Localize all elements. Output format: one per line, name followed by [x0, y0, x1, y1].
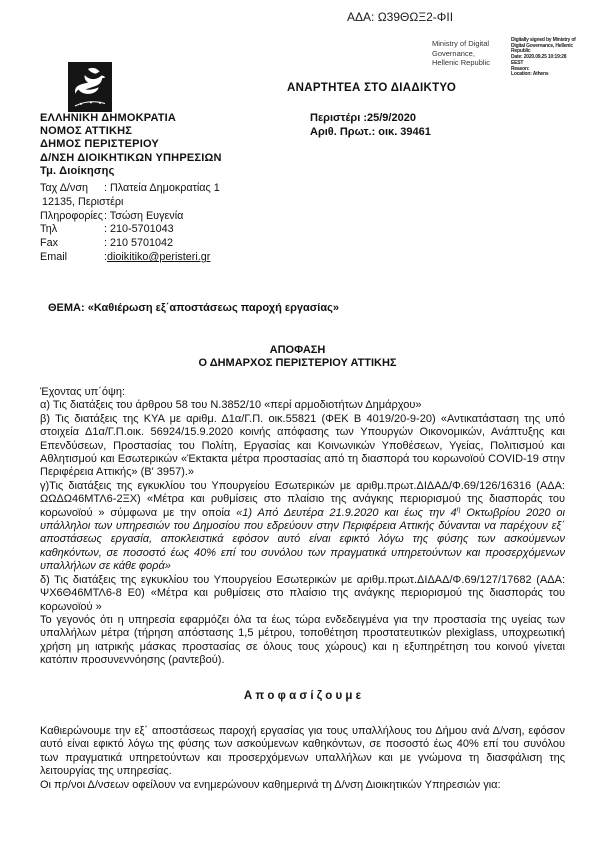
signature-authority-line: Ministry of Digital — [432, 39, 490, 49]
address-label: Ταχ Δ/νση — [40, 182, 104, 196]
we-decide-heading: Α π ο φ α σ ί ζ ο υ μ ε — [40, 690, 565, 703]
info-row: Πληροφορίες : Τσώση Ευγενία — [40, 210, 310, 224]
phone-label: Τηλ — [40, 223, 104, 237]
info-label: Πληροφορίες — [40, 210, 104, 224]
item-c-quote-start: «1) Από Δευτέρα 21.9.2020 και έως την 4 — [236, 507, 456, 519]
email-link[interactable]: dioikitiko@peristeri.gr — [107, 251, 210, 265]
signature-authority-line: Governance, — [432, 49, 490, 59]
letterhead-contact: Ταχ Δ/νση : Πλατεία Δημοκρατίας 1 12135,… — [40, 182, 310, 265]
email-row: Email : dioikitiko@peristeri.gr — [40, 251, 310, 265]
address-row: Ταχ Δ/νση : Πλατεία Δημοκρατίας 1 — [40, 182, 310, 196]
decision-paragraph-1: Καθιερώνουμε την εξ΄ αποστάσεως παροχή ε… — [40, 725, 565, 779]
digital-signature-stamp: Digitally signed by Ministry of Digital … — [511, 38, 593, 78]
document-body: Έχοντας υπ΄όψη: α) Τις διατάξεις του άρθ… — [40, 386, 565, 792]
consideration-item-c: γ)Τις διατάξεις της εγκυκλίου του Υπουργ… — [40, 480, 565, 574]
signature-authority-line: Hellenic Republic — [432, 58, 490, 68]
municipality-dove-logo — [68, 62, 112, 112]
signature-authority: Ministry of Digital Governance, Hellenic… — [432, 39, 490, 68]
date-protocol-block: Περιστέρι :25/9/2020 Αριθ. Πρωτ.: οικ. 3… — [310, 112, 431, 139]
address-value: : Πλατεία Δημοκρατίας 1 — [104, 182, 220, 196]
info-value: : Τσώση Ευγενία — [104, 210, 183, 224]
phone-row: Τηλ : 210-5701043 — [40, 223, 310, 237]
decision-heading: ΑΠΟΦΑΣΗ Ο ΔΗΜΑΡΧΟΣ ΠΕΡΙΣΤΕΡΙΟΥ ΑΤΤΙΚΗΣ — [0, 344, 595, 369]
letterhead-municipality: ΔΗΜΟΣ ΠΕΡΙΣΤΕΡΙΟΥ — [40, 138, 310, 151]
letterhead-directorate: Δ/ΝΣΗ ΔΙΟΙΚΗΤΙΚΩΝ ΥΠΗΡΕΣΙΩΝ — [40, 152, 310, 165]
decision-heading-line2: Ο ΔΗΜΑΡΧΟΣ ΠΕΡΙΣΤΕΡΙΟΥ ΑΤΤΙΚΗΣ — [0, 357, 595, 370]
decision-heading-line1: ΑΠΟΦΑΣΗ — [0, 344, 595, 357]
letterhead: ΕΛΛΗΝΙΚΗ ΔΗΜΟΚΡΑΤΙΑ ΝΟΜΟΣ ΑΤΤΙΚΗΣ ΔΗΜΟΣ … — [40, 112, 310, 265]
city-date: Περιστέρι :25/9/2020 — [310, 112, 431, 126]
having-regard-intro: Έχοντας υπ΄όψη: — [40, 386, 565, 399]
email-label: Email — [40, 251, 104, 265]
ada-code: ΑΔΑ: Ω39ΘΩΞ2-ΦΙΙ — [347, 10, 453, 24]
document-page: ΑΔΑ: Ω39ΘΩΞ2-ΦΙΙ Ministry of Digital Gov… — [0, 0, 595, 842]
consideration-fact: Το γεγονός ότι η υπηρεσία εφαρμόζει όλα … — [40, 614, 565, 668]
consideration-item-b: β) Τις διατάξεις της ΚΥΑ με αριθμ. Δ1α/Γ… — [40, 413, 565, 480]
consideration-item-a: α) Τις διατάξεις του άρθρου 58 του Ν.385… — [40, 399, 565, 412]
address-line2: 12135, Περιστέρι — [40, 196, 310, 210]
decision-paragraph-2: Οι πρ/νοι Δ/νσεων οφείλουν να ενημερώνου… — [40, 779, 565, 792]
protocol-number: Αριθ. Πρωτ.: οικ. 39461 — [310, 126, 431, 140]
letterhead-republic: ΕΛΛΗΝΙΚΗ ΔΗΜΟΚΡΑΤΙΑ — [40, 112, 310, 125]
dove-logo-icon — [68, 62, 112, 112]
letterhead-prefecture: ΝΟΜΟΣ ΑΤΤΙΚΗΣ — [40, 125, 310, 138]
stamp-line: Location: Athens — [511, 72, 593, 78]
fax-value: : 210 5701042 — [104, 237, 173, 251]
phone-value: : 210-5701043 — [104, 223, 174, 237]
letterhead-department: Τμ. Διοίκησης — [40, 165, 310, 178]
fax-row: Fax : 210 5701042 — [40, 237, 310, 251]
consideration-item-d: δ) Τις διατάξεις της εγκυκλίου του Υπουρ… — [40, 574, 565, 614]
posted-online-label: ΑΝΑΡΤΗΤΕΑ ΣΤΟ ΔΙΑΔΙΚΤΥΟ — [287, 82, 456, 94]
subject-line: ΘΕΜΑ: «Καθιέρωση εξ΄αποστάσεως παροχή ερ… — [48, 302, 339, 314]
fax-label: Fax — [40, 237, 104, 251]
